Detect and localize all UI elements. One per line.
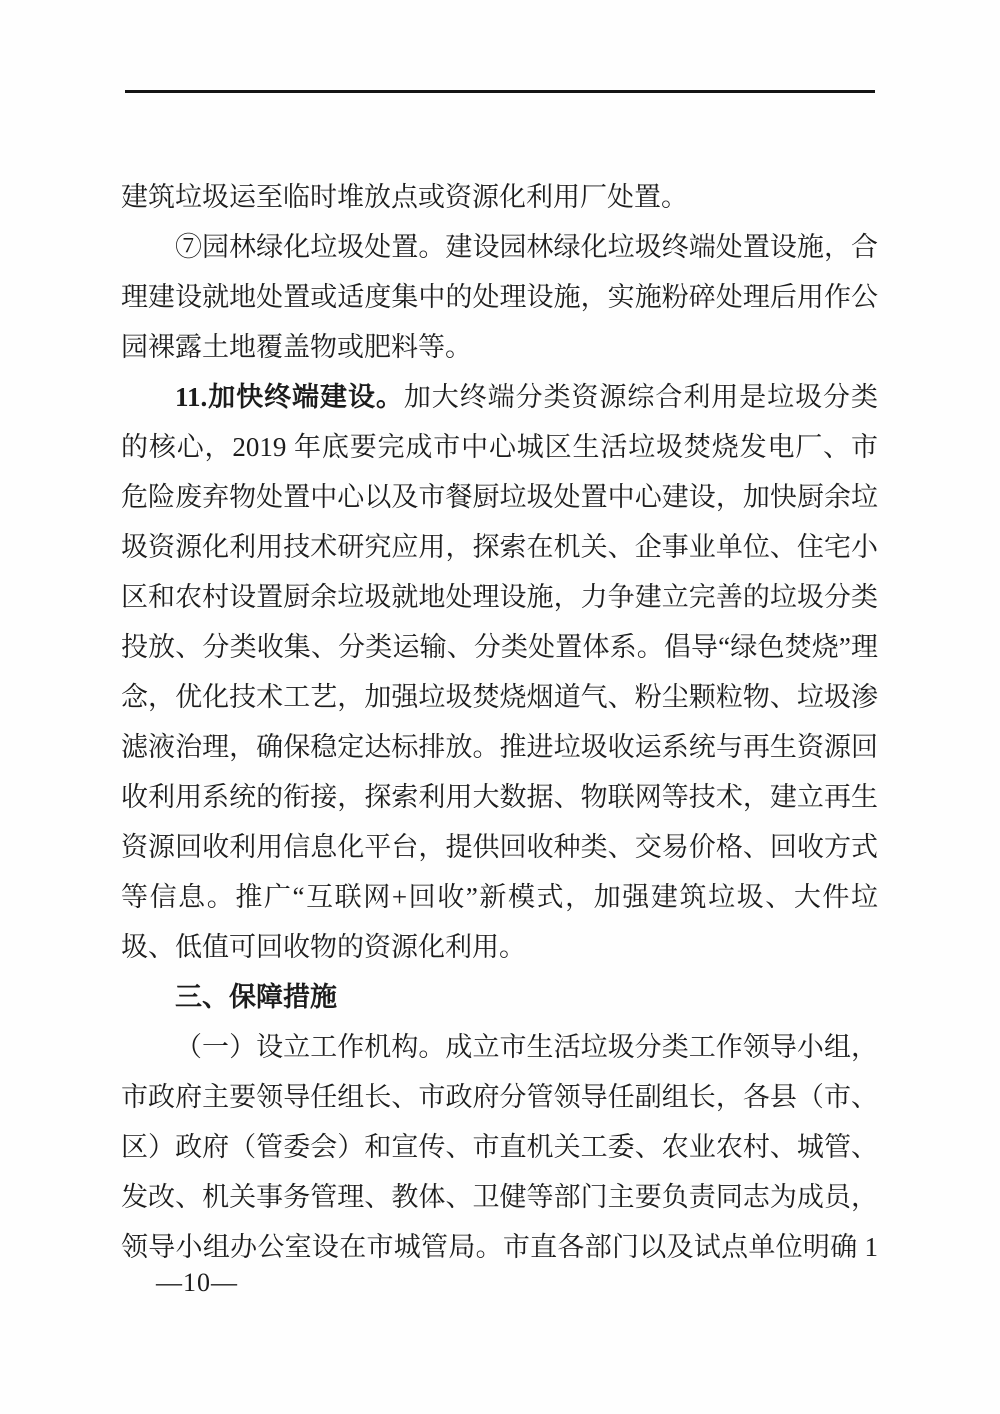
page-number: —10—: [156, 1268, 238, 1298]
paragraph-item-11: 11.加快终端建设。加大终端分类资源综合利用是垃圾分类的核心，2019 年底要完…: [121, 372, 878, 972]
paragraph-item-7: ⑦园林绿化垃圾处置。建设园林绿化垃圾终端处置设施，合理建设就地处置或适度集中的处…: [121, 222, 878, 372]
paragraph-lead: （一）设立工作机构。: [175, 1032, 445, 1062]
paragraph-lead: 11.加快终端建设。: [175, 382, 404, 412]
header-rule: [125, 90, 875, 93]
paragraph-text: 加大终端分类资源综合利用是垃圾分类的核心，2019 年底要完成市中心城区生活垃圾…: [121, 382, 878, 962]
paragraph-continuation: 建筑垃圾运至临时堆放点或资源化利用厂处置。: [121, 172, 878, 222]
paragraph-sub-item-1: （一）设立工作机构。成立市生活垃圾分类工作领导小组，市政府主要领导任组长、市政府…: [121, 1022, 878, 1272]
paragraph-text: 成立市生活垃圾分类工作领导小组，市政府主要领导任组长、市政府分管领导任副组长，各…: [121, 1032, 878, 1262]
document-body: 建筑垃圾运至临时堆放点或资源化利用厂处置。 ⑦园林绿化垃圾处置。建设园林绿化垃圾…: [121, 172, 878, 1272]
section-heading: 三、保障措施: [121, 972, 878, 1022]
document-page: 建筑垃圾运至临时堆放点或资源化利用厂处置。 ⑦园林绿化垃圾处置。建设园林绿化垃圾…: [0, 0, 1000, 1414]
